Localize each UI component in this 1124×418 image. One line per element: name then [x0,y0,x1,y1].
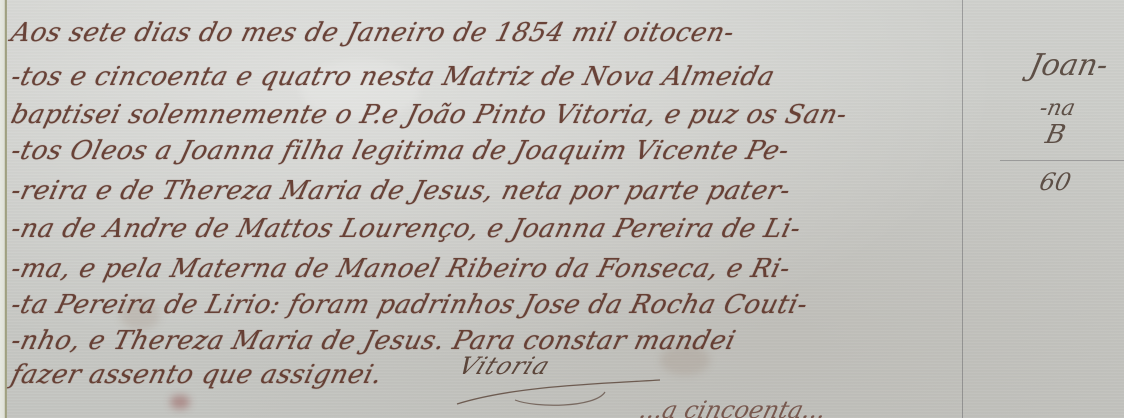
record-line-1: Aos sete dias do mes de Janeiro de 1854 … [8,18,737,48]
record-line-4: -tos Oleos a Joanna filha legitima de Jo… [8,136,792,166]
record-line-5: -reira e de Thereza Maria de Jesus, neta… [8,176,794,206]
record-line-10: fazer assento que assignei. [8,360,385,390]
margin-number: 60 [1037,168,1073,196]
margin-name-line1: Joan- [1026,48,1111,83]
margin-rule-line [962,0,963,418]
ink-stain [170,395,190,409]
record-line-7: -ma, e pela Materna de Manoel Ribeiro da… [8,254,794,284]
record-line-6: -na de Andre de Mattos Lourenço, e Joann… [8,214,804,244]
record-line-9: -nho, e Thereza Maria de Jesus. Para con… [8,326,739,356]
record-line-3: baptisei solemnemente o P.e João Pinto V… [8,100,850,130]
margin-name-line2: -na [1037,96,1077,121]
margin-letter: B [1043,120,1068,150]
margin-separator-line [1000,160,1124,161]
next-record-fragment: ...a cincoenta... [637,396,830,418]
record-line-8: -ta Pereira de Lirio: foram padrinhos Jo… [8,290,811,320]
binding-edge [0,0,7,418]
record-line-2: -tos e cincoenta e quatro nesta Matriz d… [8,62,778,92]
signature-flourish [455,378,665,408]
priest-signature: Vitoria [454,352,554,380]
document-page: Aos sete dias do mes de Janeiro de 1854 … [0,0,1124,418]
